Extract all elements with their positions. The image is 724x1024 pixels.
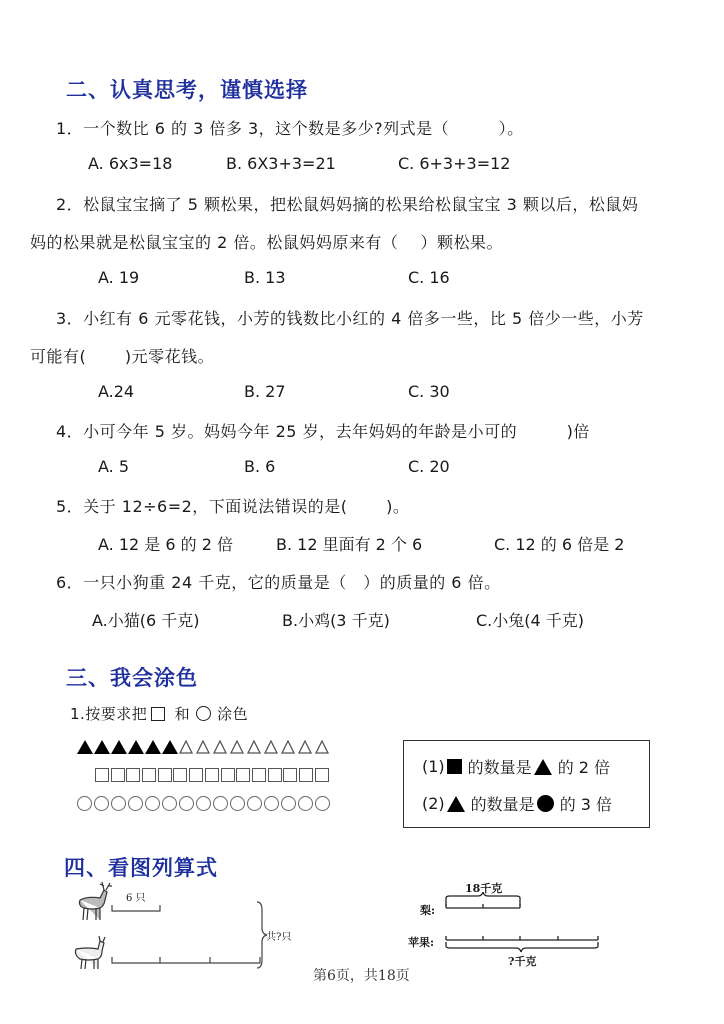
filled-triangle-shape[interactable] [111, 740, 127, 754]
question-1-text: 1．一个数比 6 的 3 倍多 3，这个数是多少?列式是（ ）。 [56, 116, 524, 139]
instruction-suffix: 涂色 [217, 705, 248, 723]
q3-option-b: B. 27 [244, 382, 286, 401]
hollow-triangle-shape[interactable] [298, 740, 312, 754]
rule-2-number: (2) [422, 794, 445, 813]
square-shape[interactable] [268, 768, 282, 782]
rule-2-suffix: 的 3 倍 [560, 792, 612, 815]
hollow-triangle-shape[interactable] [315, 740, 329, 754]
q6-option-c: C.小兔(4 千克) [476, 608, 584, 631]
q2-option-a: A. 19 [98, 268, 139, 287]
filled-triangle-shape[interactable] [128, 740, 144, 754]
question-6-text: 6．一只小狗重 24 千克，它的质量是（ ）的质量的 6 倍。 [56, 570, 501, 593]
hollow-triangle-shape[interactable] [281, 740, 295, 754]
hollow-triangle-shape[interactable] [264, 740, 278, 754]
circle-shape[interactable] [77, 796, 92, 811]
q6-option-b: B.小鸡(3 千克) [282, 608, 390, 631]
circle-shape[interactable] [315, 796, 330, 811]
q1-option-a: A. 6x3=18 [88, 154, 172, 173]
square-shape[interactable] [299, 768, 313, 782]
rule-1: (1) 的数量是 的 2 倍 [422, 755, 610, 778]
q2-option-c: C. 16 [408, 268, 450, 287]
square-shape[interactable] [189, 768, 203, 782]
circle-row [77, 796, 332, 811]
circle-shape[interactable] [281, 796, 296, 811]
q4-option-b: B. 6 [244, 457, 275, 476]
total-label: 共?只 [266, 928, 291, 943]
instruction-and: 和 [175, 705, 191, 723]
section-4-title: 四、看图列算式 [64, 852, 218, 882]
section-3-title: 三、我会涂色 [66, 662, 198, 692]
q3-option-a: A.24 [98, 382, 134, 401]
square-shape[interactable] [95, 768, 109, 782]
filled-square-icon [447, 759, 462, 774]
hollow-triangle-shape[interactable] [196, 740, 210, 754]
question-5-text: 5．关于 12÷6=2，下面说法错误的是( )。 [56, 494, 409, 517]
question-3-line-2: 可能有( )元零花钱。 [30, 344, 214, 367]
question-3-line-1: 3．小红有 6 元零花钱，小芳的钱数比小红的 4 倍多一些，比 5 倍少一些，小… [56, 306, 644, 329]
rule-2-mid: 的数量是 [471, 792, 535, 815]
hollow-triangle-shape[interactable] [247, 740, 261, 754]
q1-option-b: B. 6X3+3=21 [226, 154, 336, 173]
hollow-triangle-shape[interactable] [179, 740, 193, 754]
apple-label: 苹果: [408, 934, 434, 950]
filled-triangle-shape[interactable] [145, 740, 161, 754]
hollow-triangle-shape[interactable] [230, 740, 244, 754]
circle-shape[interactable] [247, 796, 262, 811]
q3-option-c: C. 30 [408, 382, 450, 401]
square-shape[interactable] [126, 768, 140, 782]
q4-option-c: C. 20 [408, 457, 450, 476]
filled-circle-icon [537, 795, 554, 812]
circle-shape[interactable] [264, 796, 279, 811]
q2-option-b: B. 13 [244, 268, 286, 287]
circle-icon [196, 706, 211, 721]
apple-total-label: ?千克 [508, 953, 536, 969]
q1-option-c: C. 6+3+3=12 [398, 154, 510, 173]
q5-option-a: A. 12 是 6 的 2 倍 [98, 532, 233, 555]
deer-icon [74, 880, 114, 925]
instruction-prefix: 1.按要求把 [70, 705, 147, 723]
filled-triangle-icon [447, 796, 465, 812]
circle-shape[interactable] [196, 796, 211, 811]
hollow-triangle-shape[interactable] [213, 740, 227, 754]
square-shape[interactable] [158, 768, 172, 782]
circle-shape[interactable] [298, 796, 313, 811]
square-shape[interactable] [173, 768, 187, 782]
filled-triangle-shape[interactable] [162, 740, 178, 754]
rule-1-number: (1) [422, 757, 445, 776]
filled-triangle-shape[interactable] [77, 740, 93, 754]
q5-option-c: C. 12 的 6 倍是 2 [494, 532, 624, 555]
section-2-title: 二、认真思考，谨慎选择 [66, 74, 308, 104]
question-2-line-1: 2．松鼠宝宝摘了 5 颗松果，把松鼠妈妈摘的松果给松鼠宝宝 3 颗以后，松鼠妈 [56, 192, 638, 215]
square-shape[interactable] [315, 768, 329, 782]
circle-shape[interactable] [94, 796, 109, 811]
square-shape[interactable] [236, 768, 250, 782]
square-shape[interactable] [142, 768, 156, 782]
filled-triangle-shape[interactable] [94, 740, 110, 754]
circle-shape[interactable] [179, 796, 194, 811]
rule-1-mid: 的数量是 [468, 755, 532, 778]
right-line-diagram [440, 892, 610, 962]
circle-shape[interactable] [213, 796, 228, 811]
question-4-text: 4．小可今年 5 岁。妈妈今年 25 岁，去年妈妈的年龄是小可的 )倍 [56, 419, 590, 442]
pear-label: 梨: [420, 902, 435, 918]
square-shape[interactable] [252, 768, 266, 782]
filled-triangle-icon [534, 759, 552, 775]
circle-shape[interactable] [128, 796, 143, 811]
triangle-row [77, 740, 332, 754]
circle-shape[interactable] [111, 796, 126, 811]
goat-icon [72, 935, 112, 975]
coloring-instruction: 1.按要求把 和涂色 [70, 703, 248, 724]
square-row [95, 768, 330, 782]
rule-1-suffix: 的 2 倍 [558, 755, 610, 778]
page-number: 第6页，共18页 [313, 965, 410, 985]
rule-2: (2) 的数量是 的 3 倍 [422, 792, 612, 815]
q5-option-b: B. 12 里面有 2 个 6 [276, 532, 422, 555]
q4-option-a: A. 5 [98, 457, 129, 476]
circle-shape[interactable] [162, 796, 177, 811]
circle-shape[interactable] [230, 796, 245, 811]
q6-option-a: A.小猫(6 千克) [92, 608, 200, 631]
coloring-rules-box: (1) 的数量是 的 2 倍 (2) 的数量是 的 3 倍 [403, 740, 650, 828]
square-shape[interactable] [111, 768, 125, 782]
circle-shape[interactable] [145, 796, 160, 811]
square-shape[interactable] [221, 768, 235, 782]
question-2-line-2: 妈的松果就是松鼠宝宝的 2 倍。松鼠妈妈原来有（ ）颗松果。 [30, 230, 503, 253]
square-shape[interactable] [205, 768, 219, 782]
square-shape[interactable] [283, 768, 297, 782]
square-icon [151, 707, 165, 721]
